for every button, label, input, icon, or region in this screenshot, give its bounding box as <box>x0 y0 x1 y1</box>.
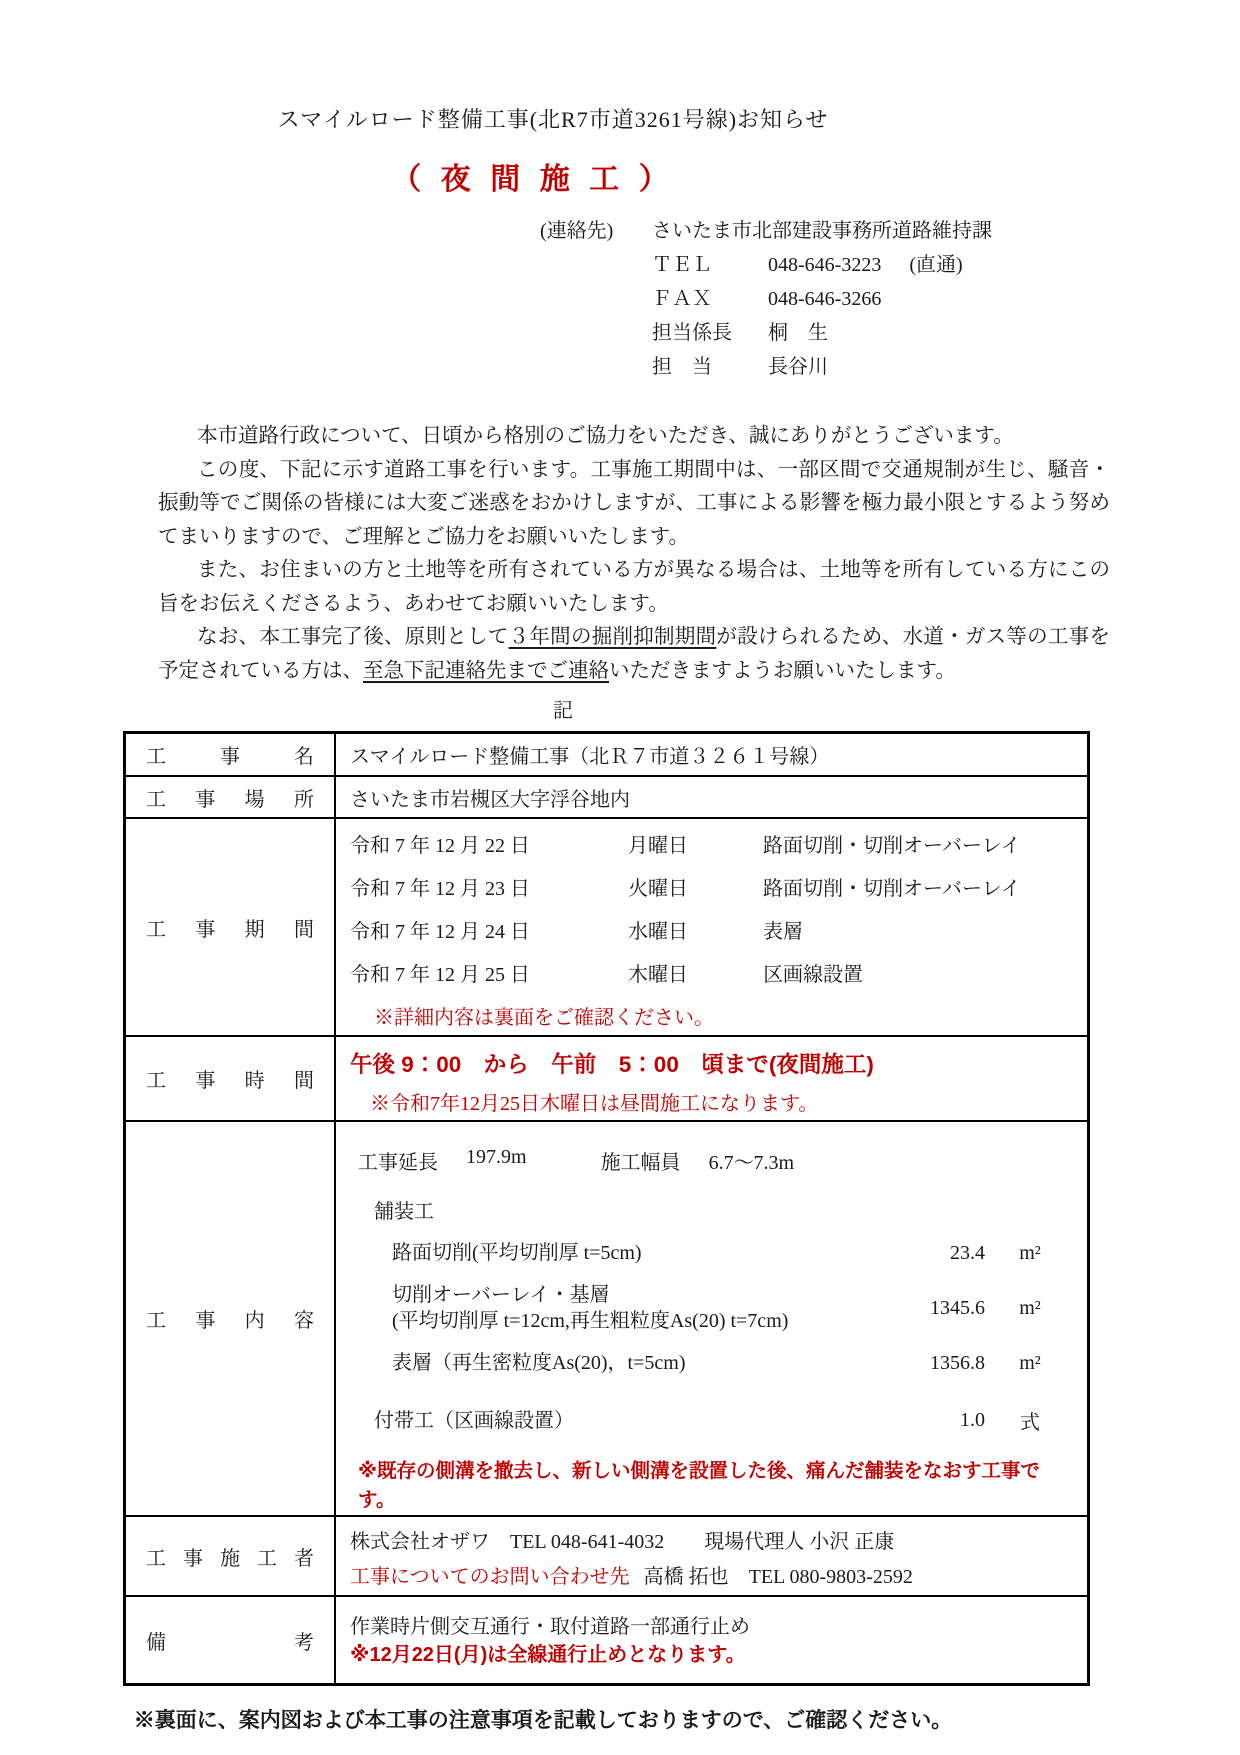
table-row-name: 工事名 スマイルロード整備工事（北Ｒ７市道３２６１号線） <box>126 734 1087 775</box>
tel-note: (直通) <box>909 248 962 282</box>
contact-org: さいたま市北部建設事務所道路維持課 <box>652 214 992 248</box>
work-item-row: 切削オーバーレイ・基層(平均切削厚 t=12cm,再生粗粒度As(20) t=7… <box>392 1282 1075 1334</box>
construction-notice-document: スマイルロード整備工事(北R7市道3261号線)お知らせ （ 夜 間 施 工 ）… <box>0 0 1240 1755</box>
staff-value: 長谷川 <box>768 350 828 384</box>
daytime-exception-note: ※令和7年12月25日木曜日は昼間施工になります。 <box>370 1087 1075 1116</box>
inquiry-line: 工事についてのお問い合わせ先高橋 拓也 TEL 080-9803-2592 <box>350 1560 1075 1595</box>
construction-name: スマイルロード整備工事（北Ｒ７市道３２６１号線） <box>350 740 829 769</box>
row-label-content: 工事内容 <box>146 1304 314 1333</box>
table-row-content: 工事内容 工事延長 197.9m 施工幅員 6.7～7.3m 舗装工 路面切削(… <box>126 1120 1087 1515</box>
table-row-remarks: 備考 作業時片側交互通行・取付道路一部通行止め ※12月22日(月)は全線通行止… <box>126 1595 1087 1683</box>
row-label-place: 工事場所 <box>146 783 314 812</box>
night-work-subtitle: （ 夜 間 施 工 ） <box>123 154 943 198</box>
paragraph-2: この度、下記に示す道路工事を行います。工事施工期間中は、一部区間で交通規制が生じ… <box>158 454 1110 555</box>
chief-value: 桐 生 <box>768 316 828 350</box>
chief-key: 担当係長 <box>652 316 768 350</box>
back-side-footnote: ※裏面に、案内図および本工事の注意事項を記載しておりますので、ご確認ください。 <box>123 1704 963 1734</box>
period-row-3: 令和 7 年 12 月 24 日 水曜日 表層 <box>350 911 1075 954</box>
inquiry-contact: 高橋 拓也 TEL 080-9803-2592 <box>644 1566 913 1588</box>
paragraph-4: なお、本工事完了後、原則として３年間の掘削抑制期間が設けられるため、水道・ガス等… <box>158 621 1110 688</box>
staff-key: 担 当 <box>652 350 768 384</box>
contact-lines: さいたま市北部建設事務所道路維持課 ＴＥＬ 048-646-3223 (直通) … <box>652 214 992 384</box>
contractor-line: 株式会社オザワ TEL 048-641-4032 現場代理人 小沢 正康 <box>350 1525 1075 1560</box>
underlined-contact-request: 至急下記連絡先までご連絡 <box>363 660 609 682</box>
traffic-control-remark: 作業時片側交互通行・取付道路一部通行止め <box>350 1613 1075 1641</box>
work-hours: 午後 9：00 から 午前 5：00 頃まで(夜間施工) <box>350 1037 1075 1079</box>
table-row-time: 工事時間 午後 9：00 から 午前 5：00 頃まで(夜間施工) ※令和7年1… <box>126 1035 1087 1120</box>
contact-staff-row: 担 当 長谷川 <box>652 350 992 384</box>
construction-place: さいたま市岩槻区大字浮谷地内 <box>350 783 630 812</box>
contact-block: (連絡先) さいたま市北部建設事務所道路維持課 ＴＥＬ 048-646-3223… <box>540 214 1240 384</box>
period-row-1: 令和 7 年 12 月 22 日 月曜日 路面切削・切削オーバーレイ <box>350 825 1075 868</box>
period-row-2: 令和 7 年 12 月 23 日 火曜日 路面切削・切削オーバーレイ <box>350 868 1075 911</box>
tel-key: ＴＥＬ <box>652 248 768 282</box>
work-item-row: 付帯工（区画線設置） 1.0 式 <box>374 1406 1075 1435</box>
contact-chief-row: 担当係長 桐 生 <box>652 316 992 350</box>
full-closure-remark: ※12月22日(月)は全線通行止めとなります。 <box>350 1641 1075 1669</box>
underlined-excavation-restriction: ３年間の掘削抑制期間 <box>509 626 717 648</box>
contact-label: (連絡先) <box>540 214 652 248</box>
ki-marker: 記 <box>123 694 1003 723</box>
fax-value: 048-646-3266 <box>768 282 881 316</box>
row-label-remarks: 備考 <box>146 1626 314 1655</box>
greeting-paragraphs: 本市道路行政について、日頃から格別のご協力をいただき、誠にありがとうございます。… <box>158 420 1110 688</box>
construction-details-table: 工事名 スマイルロード整備工事（北Ｒ７市道３２６１号線） 工事場所 さいたま市岩… <box>123 731 1090 1686</box>
extent-summary: 工事延長 197.9m 施工幅員 6.7～7.3m <box>358 1146 1075 1175</box>
row-label-time: 工事時間 <box>146 1064 314 1093</box>
tel-value: 048-646-3223 <box>768 248 881 282</box>
row-label-period: 工事期間 <box>146 913 314 942</box>
gutter-replacement-note: ※既存の側溝を撤去し、新しい側溝を設置した後、痛んだ舗装をなおす工事です。 <box>358 1457 1048 1515</box>
document-title: スマイルロード整備工事(北R7市道3261号線)お知らせ <box>123 103 983 134</box>
work-item-row: 表層（再生密粒度As(20)，t=5cm) 1356.8 m² <box>392 1350 1075 1376</box>
construction-length: 197.9m <box>466 1146 527 1175</box>
table-row-place: 工事場所 さいたま市岩槻区大字浮谷地内 <box>126 775 1087 817</box>
table-row-contractor: 工事施工者 株式会社オザワ TEL 048-641-4032 現場代理人 小沢 … <box>126 1515 1087 1595</box>
construction-width: 6.7～7.3m <box>709 1146 795 1175</box>
period-detail-note: ※詳細内容は裏面をご確認ください。 <box>374 1001 1075 1035</box>
paving-work-group: 舗装工 <box>374 1195 1075 1224</box>
inquiry-label: 工事についてのお問い合わせ先 <box>350 1566 630 1588</box>
period-row-4: 令和 7 年 12 月 25 日 木曜日 区画線設置 <box>350 954 1075 997</box>
work-item-row: 路面切削(平均切削厚 t=5cm) 23.4 m² <box>392 1240 1075 1266</box>
paragraph-1: 本市道路行政について、日頃から格別のご協力をいただき、誠にありがとうございます。 <box>158 420 1110 454</box>
fax-key: ＦＡＸ <box>652 282 768 316</box>
paragraph-3: また、お住まいの方と土地等を所有されている方が異なる場合は、土地等を所有している… <box>158 554 1110 621</box>
contact-fax-row: ＦＡＸ 048-646-3266 <box>652 282 992 316</box>
row-label-name: 工事名 <box>146 740 314 769</box>
row-label-contractor: 工事施工者 <box>146 1542 314 1571</box>
contact-tel-row: ＴＥＬ 048-646-3223 (直通) <box>652 248 992 282</box>
table-row-period: 工事期間 令和 7 年 12 月 22 日 月曜日 路面切削・切削オーバーレイ … <box>126 817 1087 1035</box>
